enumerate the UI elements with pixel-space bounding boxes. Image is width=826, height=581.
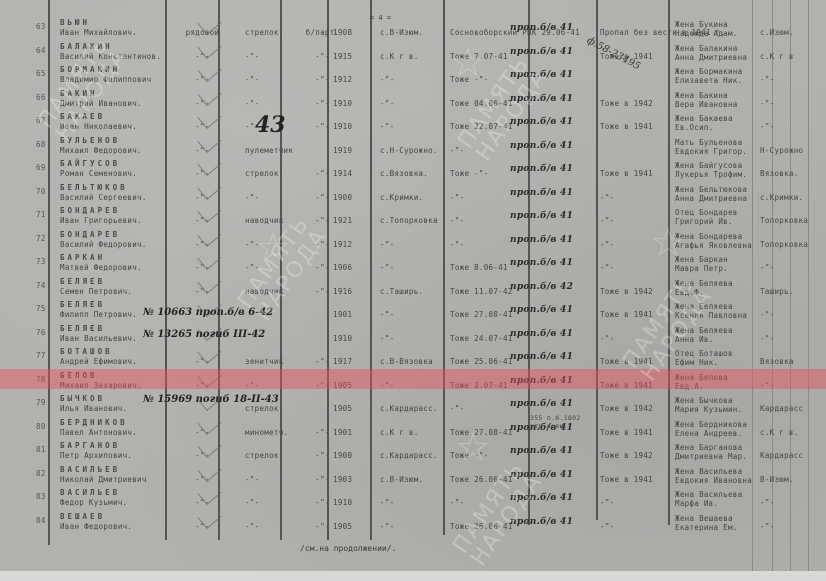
- row-hand: проп.б/в 41: [510, 330, 573, 339]
- row-place: с.Вязовка.: [380, 169, 428, 178]
- handwritten-annotation: № 15969 погиб 18-II-43: [143, 394, 279, 405]
- row-event: -"-: [450, 146, 464, 155]
- row-addr: с.К г в.: [760, 428, 799, 437]
- row-post: -"-: [245, 52, 259, 61]
- row-addr: с.Изюм.: [760, 28, 794, 37]
- margin-mark: 43: [255, 112, 286, 138]
- row-post: стрелок.: [245, 451, 284, 460]
- row-num: 74: [36, 281, 46, 290]
- row-kin2: Лукерья Трофим.: [675, 170, 747, 179]
- row-place: с.В-Вязовка: [380, 357, 433, 366]
- row-surname: БАЙГУСОВ: [60, 159, 120, 168]
- row-year: 1901: [333, 310, 352, 319]
- row-post: -"-: [245, 498, 259, 507]
- row-addr: В-Изюм.: [760, 475, 794, 484]
- row-hand: проп.б/в 41: [510, 306, 573, 315]
- row-fate: -"-: [600, 334, 614, 343]
- row-place: -"-: [380, 122, 394, 131]
- row-num: 68: [36, 140, 46, 149]
- row-num: 75: [36, 304, 46, 313]
- row-addr: Топорковка: [760, 216, 808, 225]
- row-given: Иван Федорович.: [60, 522, 132, 531]
- row-num: 65: [36, 69, 46, 78]
- row-post: -"-: [245, 99, 259, 108]
- star-icon: ☆: [450, 40, 486, 86]
- row-place: с.В-Изюм.: [380, 475, 423, 484]
- row-place: с.К г в.: [380, 52, 419, 61]
- row-surname: БЕЛЯЕВ: [60, 277, 105, 286]
- row-event: Тоже 25.06-41: [450, 357, 513, 366]
- row-given: Николай Дмитриевич: [60, 475, 147, 484]
- row-kin2: Марфа Ив.: [675, 499, 718, 508]
- row-kin2: Елена Андреев.: [675, 429, 742, 438]
- star-icon: ☆: [650, 220, 686, 266]
- row-hand: проп.б/в 41: [510, 165, 573, 174]
- row-addr: Топорковка: [760, 240, 808, 249]
- row-year: 1916: [333, 287, 352, 296]
- row-place: с.Таширь.: [380, 287, 423, 296]
- row-fate: Тоже в 1942: [600, 404, 653, 413]
- row-kin1: Жена Васильева: [675, 490, 742, 499]
- row-event: Тоже 11.07-42: [450, 287, 513, 296]
- row-surname: БАРКАН: [60, 253, 105, 262]
- note: стр.орян: [530, 422, 564, 431]
- row-num: 69: [36, 163, 46, 172]
- row-surname: ВЬЮН: [60, 18, 90, 27]
- row-kin2: Анна Дмитриевна: [675, 194, 747, 203]
- row-num: 70: [36, 187, 46, 196]
- row-given: Василий Федорович.: [60, 240, 147, 249]
- row-kin2: Анна Дмитриевна: [675, 53, 747, 62]
- row-hand: проп.б/в 41: [510, 142, 573, 151]
- row-num: 79: [36, 398, 46, 407]
- document-sheet: = 4 = 63ВЬЮНИван Михайлович.рядовойстрел…: [0, 0, 826, 581]
- row-num: 66: [36, 93, 46, 102]
- row-fate: -"-: [600, 193, 614, 202]
- row-post: стрелок.: [245, 169, 284, 178]
- row-given: Семен Петрович.: [60, 287, 132, 296]
- row-post: -"-: [245, 475, 259, 484]
- row-surname: БАРГАНОВ: [60, 441, 120, 450]
- row-given: Федор Кузьмич.: [60, 498, 127, 507]
- row-year: 1917: [333, 357, 352, 366]
- row-kin1: Жена Бердникова: [675, 420, 747, 429]
- row-num: 82: [36, 469, 46, 478]
- row-year: 1901: [333, 428, 352, 437]
- list-row: 84ВЕШАЕВИван Федорович.-"--"--"-1905-"-Т…: [0, 512, 826, 542]
- row-year: 1921: [333, 216, 352, 225]
- row-surname: БОНДАРЕВ: [60, 230, 120, 239]
- row-year: 1908: [333, 28, 352, 37]
- row-num: 72: [36, 234, 46, 243]
- row-kin1: Жена Барганова: [675, 443, 742, 452]
- row-hand: проп.б/в 41: [510, 400, 573, 409]
- row-fate: -"-: [600, 498, 614, 507]
- row-kin1: Жена Байгусова: [675, 161, 742, 170]
- row-given: Василий Сергеевич.: [60, 193, 147, 202]
- row-place: с.В-Изюм.: [380, 28, 423, 37]
- row-kin1: Жена Балакина: [675, 44, 738, 53]
- row-place: -"-: [380, 310, 394, 319]
- row-addr: -"-: [760, 310, 774, 319]
- row-addr: Вязовка.: [760, 169, 799, 178]
- row-given: Филипп Петрович.: [60, 310, 137, 319]
- row-hand: проп.б/в 41: [510, 259, 573, 268]
- row-addr: Кардарасс: [760, 404, 803, 413]
- row-post: стрелок.: [245, 28, 284, 37]
- row-fate: Тоже в 1941: [600, 122, 653, 131]
- row-num: 83: [36, 492, 46, 501]
- row-place: с.Н-Сурожно.: [380, 146, 438, 155]
- row-kin2: Елизавета Ник.: [675, 76, 742, 85]
- row-surname: БЕРДНИКОВ: [60, 418, 128, 427]
- row-place: -"-: [380, 263, 394, 272]
- star-icon: ☆: [455, 425, 491, 471]
- row-surname: БОТАШОВ: [60, 347, 113, 356]
- row-num: 64: [36, 46, 46, 55]
- row-given: Роман Семенович.: [60, 169, 137, 178]
- row-event: -"-: [450, 404, 464, 413]
- row-fate: Тоже в 1942: [600, 287, 653, 296]
- row-given: Михаил Федорович.: [60, 146, 142, 155]
- row-kin1: Жена Букина: [675, 20, 728, 29]
- row-surname: БЕЛЬТЮКОВ: [60, 183, 128, 192]
- row-addr: Таширь.: [760, 287, 794, 296]
- row-event: -"-: [450, 216, 464, 225]
- row-year: 1912: [333, 75, 352, 84]
- scan-edge: [0, 571, 826, 581]
- row-year: 1905: [333, 404, 352, 413]
- row-kin2: Екатерина Ем.: [675, 523, 738, 532]
- row-addr: с.Кримки.: [760, 193, 803, 202]
- row-post: зенитчик: [245, 357, 284, 366]
- row-kin1: Жена Бормакина: [675, 67, 742, 76]
- row-kin1: Жена Бычкова: [675, 396, 733, 405]
- row-kin1: Жена Бакина: [675, 91, 728, 100]
- row-num: 80: [36, 422, 46, 431]
- row-addr: -"-: [760, 334, 774, 343]
- handwritten-annotation: № 13265 погиб III-42: [143, 329, 265, 340]
- row-addr: -"-: [760, 122, 774, 131]
- row-kin2: Вера Ивановна: [675, 100, 738, 109]
- row-kin1: Мать Бульенова: [675, 138, 742, 147]
- row-addr: -"-: [760, 99, 774, 108]
- row-fate: -"-: [600, 263, 614, 272]
- row-kin1: Жена Вешаева: [675, 514, 733, 523]
- row-fate: Тоже в 1941: [600, 475, 653, 484]
- row-kin2: Надежда Адам.: [675, 29, 738, 38]
- row-num: 73: [36, 257, 46, 266]
- row-num: 77: [36, 351, 46, 360]
- row-surname: ВАСИЛЬЕВ: [60, 465, 120, 474]
- row-addr: Кардарасс: [760, 451, 803, 460]
- row-year: 1900: [333, 451, 352, 460]
- row-year: 1900: [333, 193, 352, 202]
- row-addr: Н-Сурожно: [760, 146, 803, 155]
- row-kin1: Жена Васильева: [675, 467, 742, 476]
- row-year: 1910: [333, 498, 352, 507]
- row-post: наводчик: [245, 216, 284, 225]
- row-year: 1910: [333, 122, 352, 131]
- row-fate: -"-: [600, 216, 614, 225]
- row-hand: проп.б/в 41: [510, 212, 573, 221]
- row-event: Тоже 24.07-41: [450, 334, 513, 343]
- row-fate: -"-: [600, 522, 614, 531]
- row-fate: Тоже в 1941: [600, 169, 653, 178]
- row-hand: проп.б/в 41: [510, 189, 573, 198]
- row-post: -"-: [245, 193, 259, 202]
- row-kin2: Евдокия Григор.: [675, 147, 747, 156]
- row-event: Тоже -"-: [450, 169, 489, 178]
- row-place: -"-: [380, 240, 394, 249]
- row-num: 84: [36, 516, 46, 525]
- row-kin1: Отец Боташов: [675, 349, 733, 358]
- row-year: 1903: [333, 475, 352, 484]
- row-addr: -"-: [760, 498, 774, 507]
- row-year: 1906: [333, 263, 352, 272]
- row-given: Иван Григорьевич.: [60, 216, 142, 225]
- row-fate: -"-: [600, 240, 614, 249]
- row-given: Матвей Федорович.: [60, 263, 142, 272]
- row-num: 71: [36, 210, 46, 219]
- row-kin2: Мария Кузьмин.: [675, 405, 742, 414]
- row-given: Петр Архипович.: [60, 451, 132, 460]
- row-place: с.Топорковка: [380, 216, 438, 225]
- row-kin2: Ев.Осип.: [675, 123, 714, 132]
- row-event: -"-: [450, 498, 464, 507]
- row-year: 1914: [333, 169, 352, 178]
- row-place: -"-: [380, 334, 394, 343]
- star-icon: ☆: [255, 225, 291, 271]
- row-fate: Тоже в 1942: [600, 451, 653, 460]
- row-surname: БЕЛЯЕВ: [60, 324, 105, 333]
- row-year: 1919: [333, 146, 352, 155]
- row-hand: проп.б/в 41: [510, 24, 573, 33]
- footer-note: /см.на продолжении/.: [300, 544, 396, 553]
- row-given: Андрей Ефимович.: [60, 357, 137, 366]
- row-surname: ВЕШАЕВ: [60, 512, 105, 521]
- row-place: с.К г в.: [380, 428, 419, 437]
- row-year: 1912: [333, 240, 352, 249]
- row-addr: -"-: [760, 75, 774, 84]
- row-place: -"-: [380, 99, 394, 108]
- row-post: стрелок.: [245, 404, 284, 413]
- row-event: -"-: [450, 193, 464, 202]
- row-kin2: Ефим Ник.: [675, 358, 718, 367]
- row-fate: Тоже в 1942: [600, 99, 653, 108]
- row-given: Павел Антонович.: [60, 428, 137, 437]
- row-post: -"-: [245, 75, 259, 84]
- row-place: с.Кримки.: [380, 193, 423, 202]
- row-place: -"-: [380, 522, 394, 531]
- row-fate: Тоже в 1941: [600, 310, 653, 319]
- row-hand: проп.б/в 41: [510, 236, 573, 245]
- row-surname: ВАСИЛЬЕВ: [60, 488, 120, 497]
- row-kin2: Агафья Яковлевна: [675, 241, 752, 250]
- row-year: 1910: [333, 334, 352, 343]
- highlight-band: [0, 369, 826, 389]
- row-place: -"-: [380, 498, 394, 507]
- row-num: 81: [36, 445, 46, 454]
- row-addr: с.К г в: [760, 52, 794, 61]
- row-year: 1905: [333, 522, 352, 531]
- row-post: минометч.: [245, 428, 288, 437]
- row-surname: БОНДАРЕВ: [60, 206, 120, 215]
- row-addr: -"-: [760, 522, 774, 531]
- row-post: -"-: [245, 522, 259, 531]
- row-place: с.Кардарасс.: [380, 404, 438, 413]
- row-post: пулеметчик: [245, 146, 293, 155]
- row-surname: БЕЛЯЕВ: [60, 300, 105, 309]
- row-kin1: Жена Бельтюкова: [675, 185, 747, 194]
- row-fate: Тоже в 1941: [600, 428, 653, 437]
- row-place: -"-: [380, 75, 394, 84]
- row-hand: проп.б/в 41: [510, 353, 573, 362]
- row-hand: проп.б/в 41: [510, 447, 573, 456]
- row-num: 76: [36, 328, 46, 337]
- row-surname: БЫЧКОВ: [60, 394, 105, 403]
- row-year: 1910: [333, 99, 352, 108]
- row-addr: Вязовка: [760, 357, 794, 366]
- row-year: 1915: [333, 52, 352, 61]
- row-place: с.Кардарасс.: [380, 451, 438, 460]
- row-addr: -"-: [760, 263, 774, 272]
- row-kin2: Евдокия Ивановна: [675, 476, 752, 485]
- row-event: Тоже 8.06-41: [450, 263, 508, 272]
- row-event: -"-: [450, 240, 464, 249]
- row-kin1: Жена Бакаева: [675, 114, 733, 123]
- row-kin2: Дмитриевна Мар.: [675, 452, 747, 461]
- row-given: Иван Васильевич.: [60, 334, 137, 343]
- row-num: 63: [36, 22, 46, 31]
- row-event: Тоже 27.08-41: [450, 310, 513, 319]
- row-hand: проп.б/в 42: [510, 283, 573, 292]
- row-given: Илья Иванович.: [60, 404, 127, 413]
- row-kin1: Отец Бондарев: [675, 208, 738, 217]
